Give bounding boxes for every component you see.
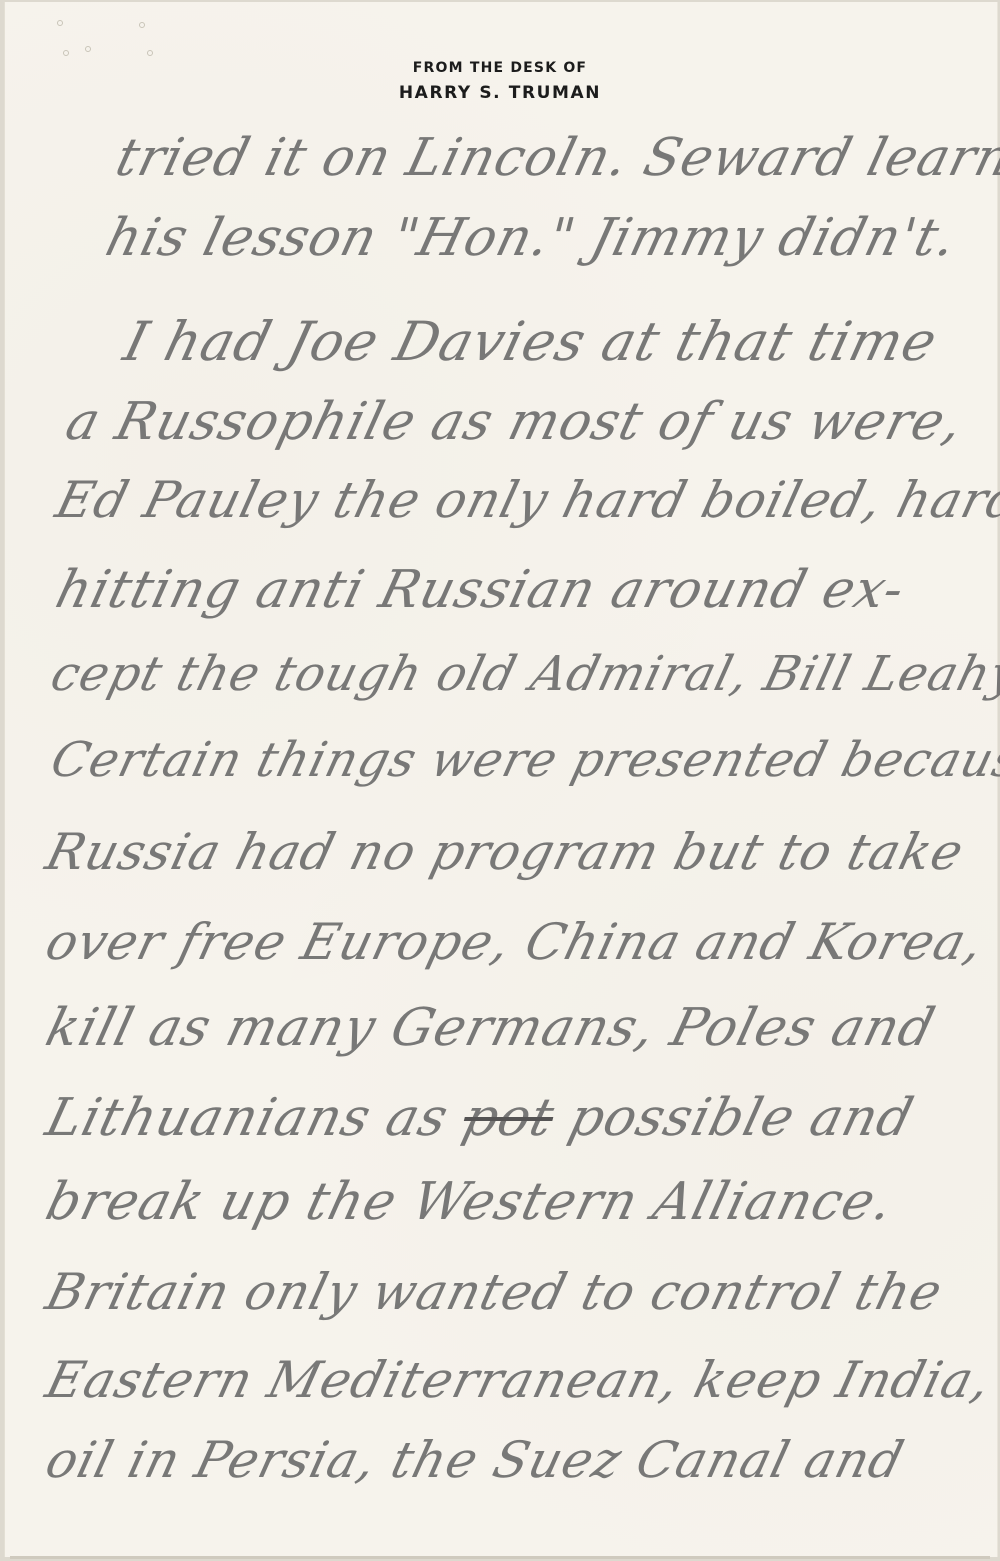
handwritten-line: oil in Persia, the Suez Canal and	[40, 1430, 910, 1490]
handwritten-line: kill as many Germans, Poles and	[40, 998, 941, 1058]
handwritten-line: Russia had no program but to take	[40, 822, 970, 882]
handwritten-body: tried it on Lincoln. Seward learned his …	[0, 0, 1000, 1561]
struck-out-word: pot	[457, 1088, 560, 1148]
handwritten-line: hitting anti Russian around ex-	[50, 560, 911, 620]
paper-bottom-edge	[10, 1556, 990, 1559]
handwritten-line: a Russophile as most of us were,	[60, 392, 969, 452]
handwritten-line: Ed Pauley the only hard boiled, hard	[50, 470, 1000, 530]
handwritten-line: I had Joe Davies at that time	[118, 312, 943, 372]
handwritten-fragment: possible and	[563, 1088, 920, 1148]
handwritten-line: cept the tough old Admiral, Bill Leahy.	[45, 644, 1000, 704]
handwritten-line: Eastern Mediterranean, keep India,	[40, 1350, 997, 1410]
handwritten-line: tried it on Lincoln. Seward learned	[110, 128, 1000, 188]
handwritten-line: his lesson "Hon." Jimmy didn't.	[100, 208, 963, 268]
handwritten-line: Lithuanians as pot possible and	[40, 1088, 920, 1148]
handwritten-fragment: Lithuanians as	[40, 1088, 455, 1148]
handwritten-line: break up the Western Alliance.	[40, 1172, 899, 1232]
handwritten-line: over free Europe, China and Korea,	[40, 912, 990, 972]
handwritten-line: Britain only wanted to control the	[40, 1262, 949, 1322]
handwritten-line: Certain things were presented because	[45, 730, 1000, 790]
